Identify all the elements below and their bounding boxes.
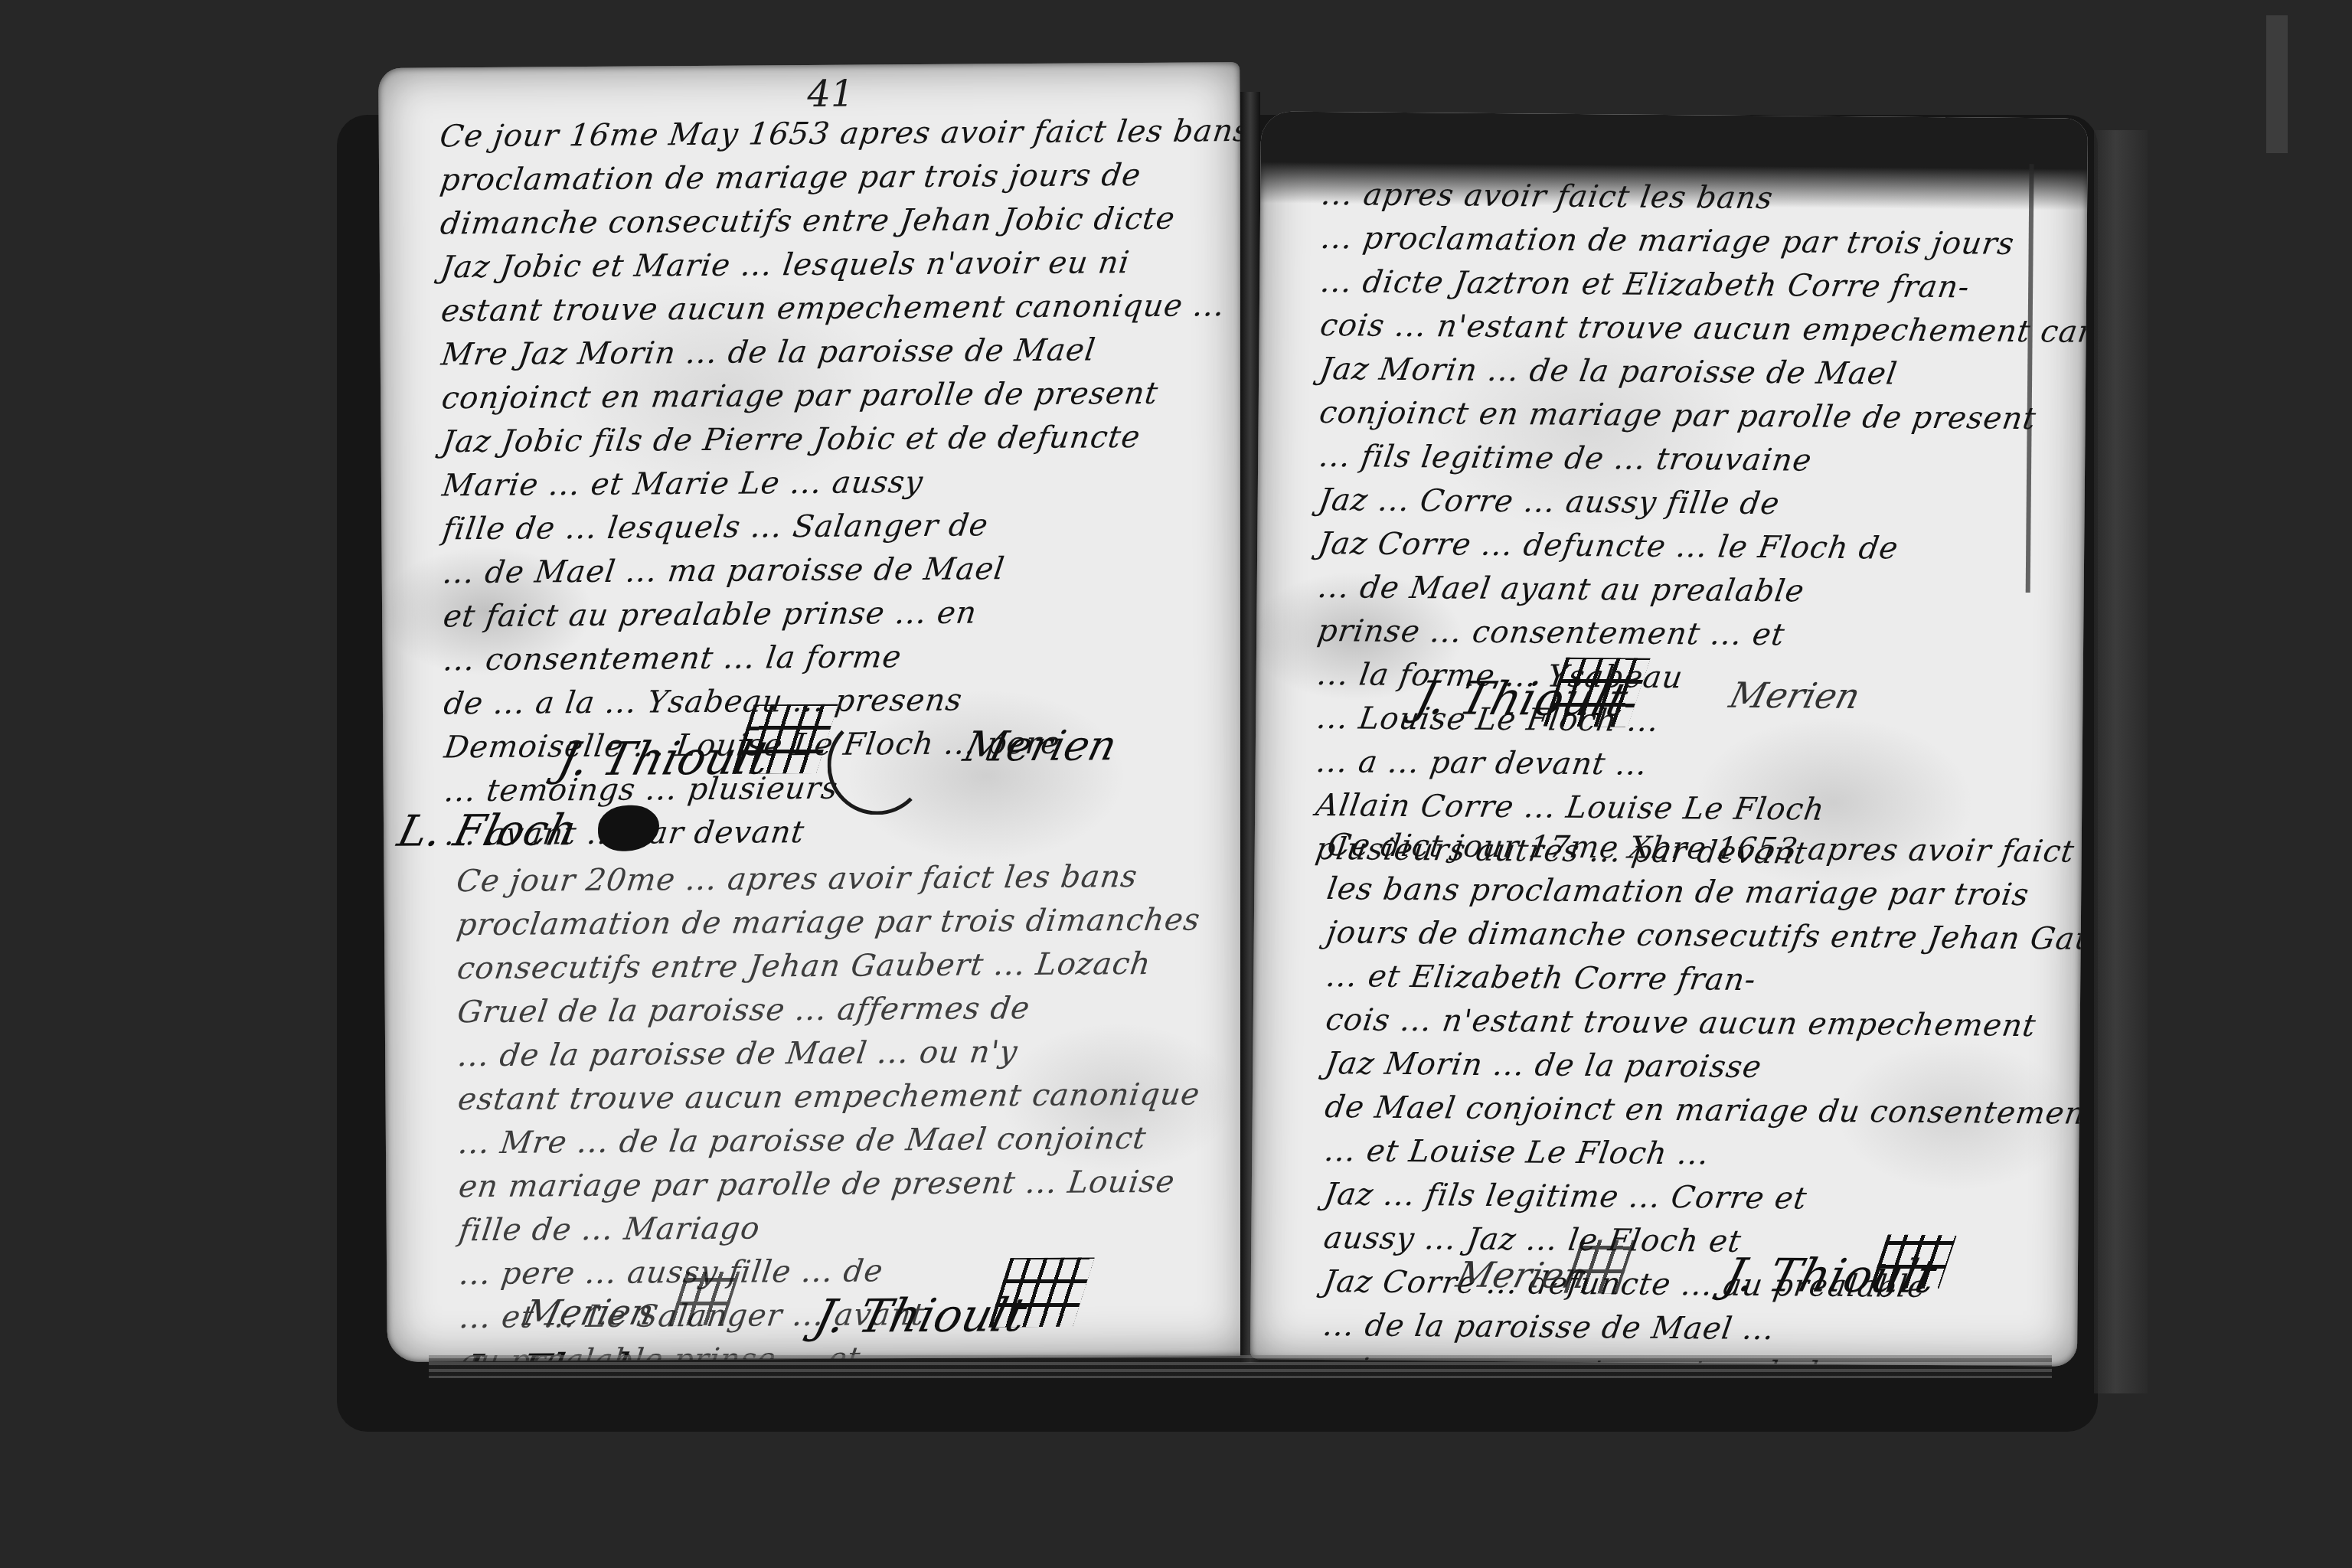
text-line: Jaz Jobic fils de Pierre Jobic et de def… <box>439 415 1249 464</box>
text-line: Jaz Morin ... de la paroisse <box>1322 1042 2088 1093</box>
text-line: proclamation de mariage par trois dimanc… <box>454 898 1203 947</box>
text-line: ... de la paroisse de Mael ... <box>1320 1304 2088 1354</box>
text-line: fille de ... lesquels ... Salanger de <box>440 502 1249 551</box>
text-line: ... Mre ... de la paroisse de Mael conjo… <box>456 1116 1204 1165</box>
signature-merien: Merien <box>1726 675 1865 717</box>
text-line: les bans proclamation de mariage par tro… <box>1324 867 2088 918</box>
text-line: Jaz Morin ... de la paroisse de Mael <box>1317 348 2088 399</box>
text-line: ... consentement ... la forme <box>441 633 1249 682</box>
text-line: proclamation de mariage par trois jours … <box>437 153 1249 202</box>
text-line: Jaz Corre ... defuncte ... le Floch de <box>1315 522 2088 573</box>
text-line: estant trouve aucun empechement canoniqu… <box>456 1073 1204 1122</box>
text-line: fille de ... Mariago <box>456 1204 1205 1253</box>
text-line: Jaz ... fils legitime ... Corre et <box>1321 1173 2089 1223</box>
text-line: conjoinct en mariage par parolle de pres… <box>1316 391 2088 443</box>
left-page: 41 Ce jour 16me May 1653 apres avoir fai… <box>378 62 1249 1362</box>
text-line: conjoinct en mariage par parolle de pres… <box>439 371 1249 420</box>
text-line: Ce dict jour 17me Xbre 1653 apres avoir … <box>1325 824 2089 874</box>
text-line: dimanche consecutifs entre Jehan Jobic d… <box>438 197 1249 246</box>
text-line: Jaz Jobic et Marie ... lesquels n'avoir … <box>438 240 1249 289</box>
text-line: ... fils legitime de ... trouvaine <box>1316 435 2088 486</box>
text-line: Jaz ... Corre ... aussy fille de <box>1315 479 2088 530</box>
text-line: ... a ... par devant ... <box>1313 740 2088 792</box>
text-line: estant trouve aucun empechement canoniqu… <box>439 284 1249 333</box>
text-line: ... proclamation de mariage par trois jo… <box>1318 217 2088 268</box>
text-line: ... dicte Jaztron et Elizabeth Corre fra… <box>1318 260 2088 312</box>
text-line: ... apres avoir faict les bans <box>1318 173 2088 224</box>
page-edge-strip <box>2094 130 2148 1393</box>
signature-flourish <box>827 715 927 815</box>
text-line: cois ... n'estant trouve aucun empecheme… <box>1317 304 2088 355</box>
text-line: de ... a la ... Ysabeau ... presens <box>441 677 1249 726</box>
text-line: et faict au prealable prinse ... en <box>440 590 1249 639</box>
text-line: prinse ... consentement ... et <box>1315 609 2088 661</box>
text-line: Mre Jaz Morin ... de la paroisse de Mael <box>439 328 1249 377</box>
margin-name-floch: L. Floch <box>393 805 581 857</box>
text-line: ... de Mael ... ma paroisse de Mael <box>440 546 1249 595</box>
text-line: aussy ... Jaz ... le Floch et <box>1321 1217 2088 1267</box>
text-line: consecutifs entre Jehan Gaubert ... Loza… <box>455 942 1204 991</box>
text-line: ... et Elizabeth Corre fran- <box>1323 955 2088 1005</box>
text-line: Marie ... et Marie Le ... aussy <box>439 459 1249 508</box>
signature-merien: Merien <box>959 721 1122 770</box>
folio-number: 41 <box>807 73 854 116</box>
right-entry-1: ... apres avoir faict les bans ... procl… <box>1315 173 2088 879</box>
right-page: ... apres avoir faict les bans ... procl… <box>1250 111 2088 1366</box>
signature-merien: Merien <box>520 1291 658 1333</box>
text-line: Ce jour 16me May 1653 apres avoir faict … <box>437 109 1249 158</box>
text-line: de Mael conjoinct en mariage du consente… <box>1322 1086 2089 1136</box>
left-entry-2: Ce jour 20me ... apres avoir faict les b… <box>456 854 1204 1361</box>
right-entry-2: Ce dict jour 17me Xbre 1653 apres avoir … <box>1321 824 2088 1367</box>
text-line: Gruel de la paroisse ... affermes de <box>455 985 1204 1034</box>
text-line: jours de dimanche consecutifs entre Jeha… <box>1324 911 2089 962</box>
text-line: ... pere ... aussy fille ... de <box>456 1247 1205 1296</box>
text-line: Ce jour 20me ... apres avoir faict les b… <box>454 854 1203 903</box>
text-line: en mariage par parolle de present ... Lo… <box>456 1160 1205 1209</box>
page-stack-edge <box>429 1355 2052 1378</box>
film-edge-mark <box>2266 15 2288 153</box>
text-line: Jaz Corre ... defuncte ... au prealable <box>1321 1260 2089 1311</box>
text-line: ... de Mael ayant au prealable <box>1315 566 2088 617</box>
text-line: cois ... n'estant trouve aucun empecheme… <box>1323 998 2089 1049</box>
text-line: ... de la paroisse de Mael ... ou n'y <box>455 1029 1204 1078</box>
text-line: ... et Louise Le Floch ... <box>1321 1129 2088 1180</box>
